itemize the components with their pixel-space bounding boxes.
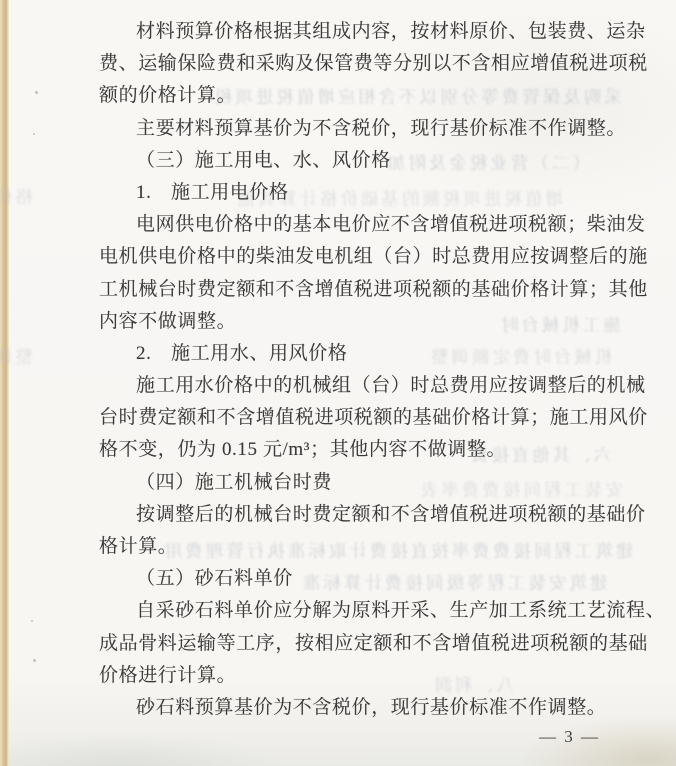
text-line: 格计算。 <box>99 531 647 563</box>
section-heading-line: （四）施工机械台时费 <box>99 467 647 499</box>
text-line: 格不变，仍为 0.15 元/m³；其他内容不做调整。 <box>99 434 647 466</box>
subsection-heading-line: 1. 施工用电价格 <box>99 177 647 209</box>
scan-speck <box>33 659 36 662</box>
text-line: 价格进行计算。 <box>99 660 647 692</box>
text-line: 砂石料预算基价为不含税价，现行基价标准不作调整。 <box>99 692 647 724</box>
text-line: 材料预算价格根据其组成内容，按材料原价、包装费、运杂 <box>99 16 647 48</box>
section-heading-line: （五）砂石料单价 <box>99 563 647 595</box>
bleedthrough-artifact: 格价 <box>0 184 33 209</box>
text-line: 费、运输保险费和采购及保管费等分别以不含相应增值税进项税 <box>99 48 647 80</box>
scan-speck <box>35 91 38 94</box>
text-line: 施工用水价格中的机械组（台）时总费用应按调整后的机械 <box>99 370 647 402</box>
text-line: 台时费定额和不含增值税进项税额的基础价格计算；施工用风价 <box>99 402 647 434</box>
text-line: 电机供电价格中的柴油发电机组（台）时总费用应按调整后的施 <box>99 241 647 273</box>
document-text-block: 材料预算价格根据其组成内容，按材料原价、包装费、运杂 费、运输保险费和采购及保管… <box>99 16 647 747</box>
bleedthrough-artifact: 整调 <box>0 344 33 369</box>
text-line: 按调整后的机械台时费定额和不含增值税进项税额的基础价 <box>99 499 647 531</box>
text-line: 内容不做调整。 <box>99 306 647 338</box>
text-line: 额的价格计算。 <box>99 80 647 112</box>
subsection-heading-line: 2. 施工用水、用风价格 <box>99 338 647 370</box>
text-line: 成品骨料运输等工序，按相应定额和不含增值税进项税额的基础 <box>99 628 647 660</box>
scan-speck <box>33 133 35 135</box>
text-line: 电网供电价格中的基本电价应不含增值税进项税额；柴油发 <box>99 209 647 241</box>
scan-speck <box>31 620 33 622</box>
text-line: 自采砂石料单价应分解为原料开采、生产加工系统工艺流程、 <box>99 595 647 627</box>
page-number: — 3 — <box>99 727 647 747</box>
text-line: 主要材料预算基价为不含税价，现行基价标准不作调整。 <box>99 113 647 145</box>
scanned-document-page: 采购及保管费等分别以不含相应增值税进项税 （二）营业税金及附加 增值税进项税额的… <box>0 0 676 766</box>
text-line: 工机械台时费定额和不含增值税进项税额的基础价格计算；其他 <box>99 274 647 306</box>
scan-edge-strip <box>0 0 9 766</box>
section-heading-line: （三）施工用电、水、风价格 <box>99 145 647 177</box>
